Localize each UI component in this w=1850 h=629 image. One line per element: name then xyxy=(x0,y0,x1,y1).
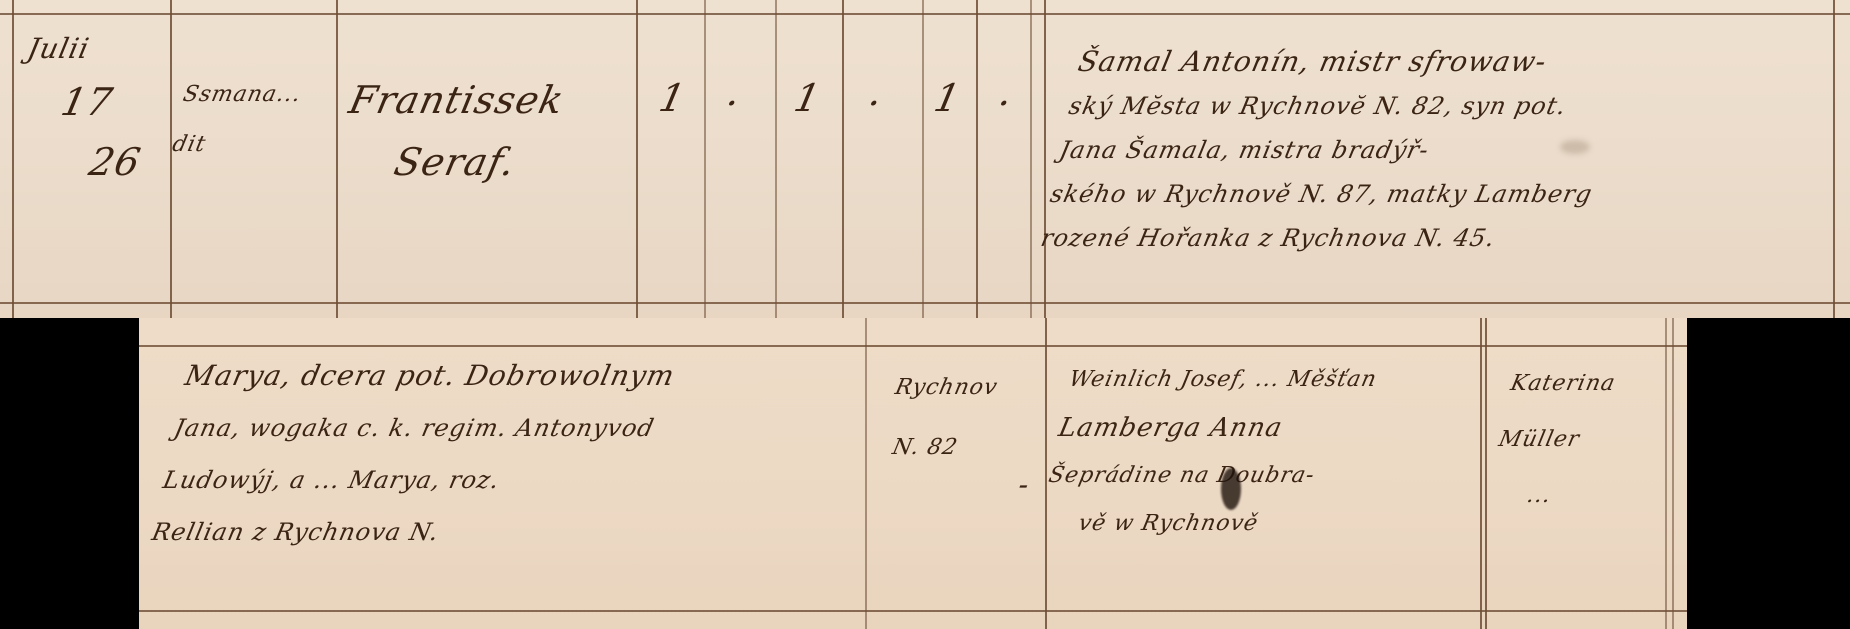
mark-3: 1 xyxy=(790,76,825,120)
dot-mark: - xyxy=(1015,468,1032,501)
residence-line: N. 82 xyxy=(876,418,991,478)
godparents-entry: Weinlich Josef, ... Měšťan Lamberga Anna… xyxy=(1034,356,1382,548)
father-line: Šamal Antonín, mistr sfrowaw- xyxy=(1074,40,1625,84)
midwife-entry: Katerina Müller ... xyxy=(1481,356,1621,524)
column-line xyxy=(976,0,978,318)
column-line xyxy=(12,0,14,318)
column-line xyxy=(1672,318,1674,629)
residence-entry: Rychnov N. 82 xyxy=(876,358,1003,478)
column-line xyxy=(842,0,844,318)
midwife-line: Müller xyxy=(1493,412,1609,468)
column-line xyxy=(636,0,638,318)
column-line xyxy=(704,0,706,318)
mother-line: Marya, dcera pot. Dobrowolnym xyxy=(180,350,680,402)
godparent-line: Weinlich Josef, ... Měšťan xyxy=(1064,356,1381,404)
godparent-line: Šeprádine na Doubra- xyxy=(1044,452,1361,500)
column-line xyxy=(865,318,867,629)
mother-line: Ludowýj, a ... Marya, roz. xyxy=(158,454,658,506)
mother-line: Rellian z Rychnova N. xyxy=(147,506,647,558)
father-line: Jana Šamala, mistra bradýř- xyxy=(1055,128,1606,172)
mother-line: Jana, wogaka c. k. regim. Antonyvod xyxy=(169,402,669,454)
register-bottom-strip: Marya, dcera pot. Dobrowolnym Jana, woga… xyxy=(139,318,1687,629)
column-line xyxy=(1030,0,1032,318)
birth-day-text: 17 xyxy=(57,80,117,124)
column-line xyxy=(336,0,338,318)
ink-blot xyxy=(1221,468,1241,510)
row-rule xyxy=(139,345,1687,347)
midwife-line: Katerina xyxy=(1505,356,1621,412)
mark-1: 1 xyxy=(655,76,690,120)
top-rule xyxy=(0,13,1850,15)
column-line xyxy=(1480,318,1482,629)
column-line xyxy=(1044,0,1046,318)
mark-6: . xyxy=(995,70,1017,114)
mother-entry: Marya, dcera pot. Dobrowolnym Jana, woga… xyxy=(147,350,680,558)
mark-2: . xyxy=(723,70,745,114)
column-line xyxy=(1045,318,1047,629)
child-name-text: Frantissek xyxy=(345,78,568,122)
column-line xyxy=(775,0,777,318)
month-text: Julii xyxy=(24,32,92,65)
row-rule xyxy=(139,610,1687,612)
ink-stain xyxy=(1560,140,1590,154)
godparent-line: vě w Rychnově xyxy=(1034,500,1351,548)
column-line xyxy=(1833,0,1835,318)
column-line xyxy=(1665,318,1667,629)
mark-4: . xyxy=(865,70,887,114)
register-top-strip: Julii 17 26 Ssmana... dit Frantissek Ser… xyxy=(0,0,1850,318)
residence-line: Rychnov xyxy=(889,358,1004,418)
mark-5: 1 xyxy=(930,76,965,120)
father-line: ský Mĕsta w Rychnovĕ N. 82, syn pot. xyxy=(1065,84,1616,128)
child-name-2-text: Seraf. xyxy=(390,140,519,184)
father-line: rozené Hořanka z Rychnova N. 45. xyxy=(1037,216,1588,260)
godparent-line: Lamberga Anna xyxy=(1054,404,1371,452)
row-rule xyxy=(0,302,1850,304)
column-line xyxy=(922,0,924,318)
house-text: Ssmana... dit xyxy=(167,70,318,170)
column-line xyxy=(1485,318,1487,629)
baptism-day-text: 26 xyxy=(85,140,145,184)
midwife-line: ... xyxy=(1481,468,1597,524)
father-entry: Šamal Antonín, mistr sfrowaw- ský Mĕsta … xyxy=(1037,40,1625,260)
father-line: ského w Rychnově N. 87, matky Lamberg xyxy=(1046,172,1597,216)
